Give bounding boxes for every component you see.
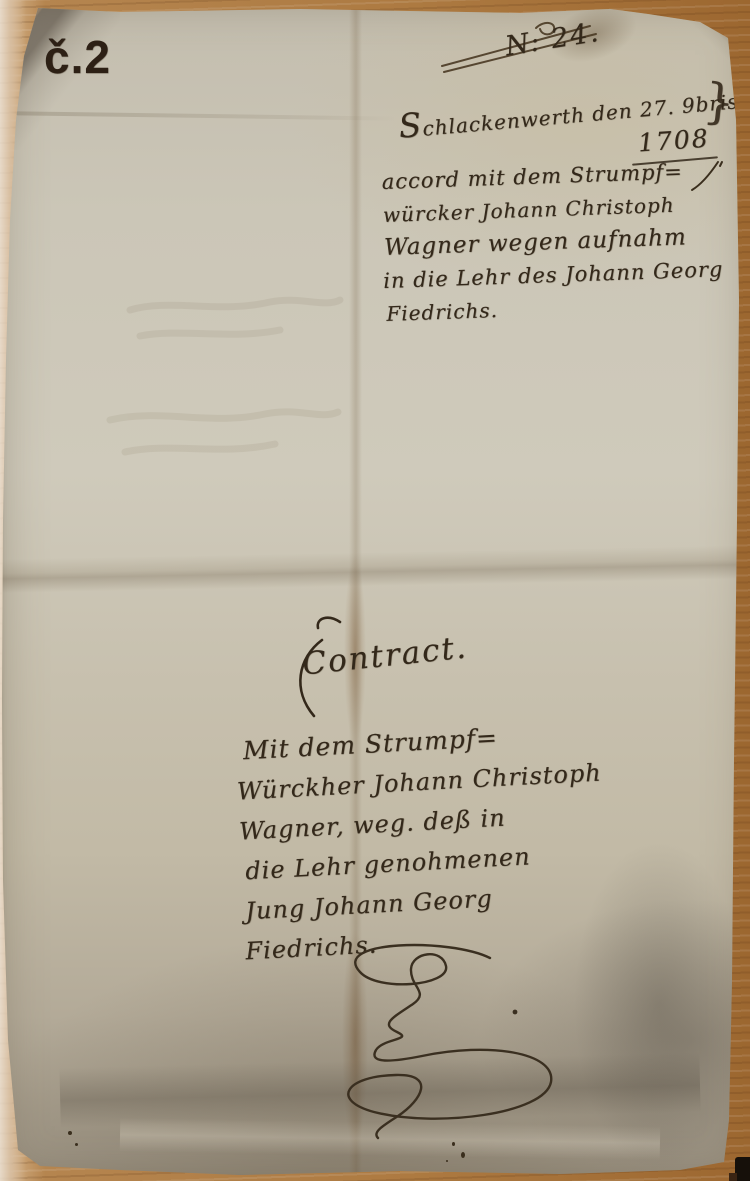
ink-speck: [75, 1143, 78, 1146]
corner-number-label: č.2: [44, 30, 111, 84]
signature-paraph-flourish: [260, 942, 590, 1142]
table-edge-dark-mark: [735, 1157, 750, 1181]
docket-summary: accord mit dem Strumpf= würcker Johann C…: [381, 154, 727, 331]
table-edge-dark-mark-small: [729, 1173, 737, 1181]
year-1708: 1708: [637, 124, 710, 158]
contract-body: Mit dem Strumpf= Würckher Johann Christo…: [234, 713, 611, 972]
ink-speck: [68, 1131, 72, 1135]
ink-speck: [446, 1160, 448, 1162]
horizontal-fold-crease: [0, 545, 750, 593]
photo-of-document: { "photo": { "corner_label": "č.2", "arc…: [0, 0, 750, 1181]
ink-speck: [452, 1142, 455, 1146]
dog-eared-corner: [672, 0, 750, 60]
document-paper: N: 24. Schlackenwerth den 27. 9bris } 17…: [0, 0, 750, 1181]
ink-speck: [461, 1152, 465, 1158]
ink-showthrough: [70, 270, 370, 490]
